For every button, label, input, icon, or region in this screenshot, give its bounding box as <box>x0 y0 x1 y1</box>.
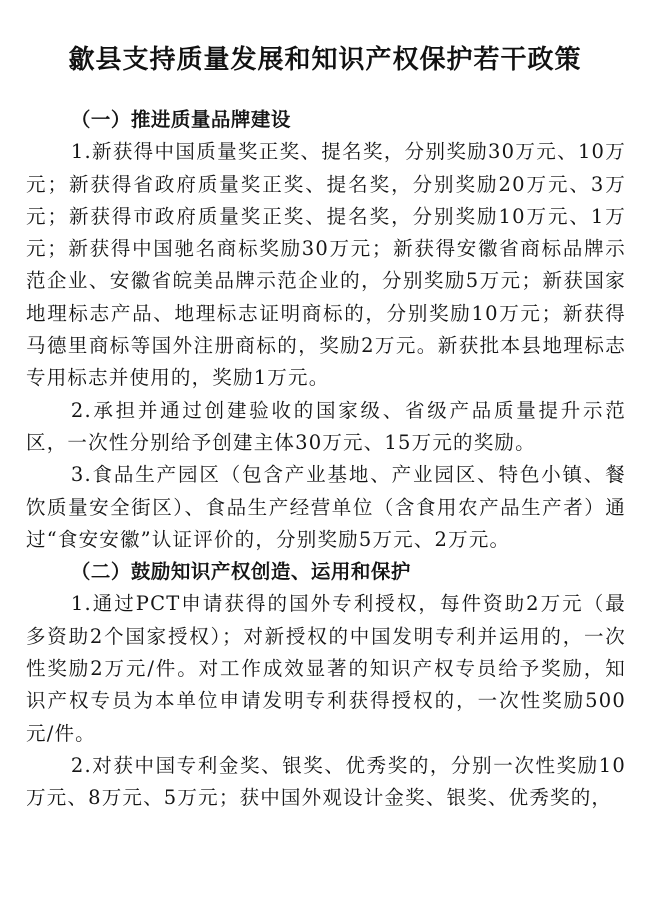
paragraph: 3.食品生产园区（包含产业基地、产业园区、特色小镇、餐饮质量安全街区）、食品生产… <box>26 459 626 556</box>
document-title: 歙县支持质量发展和知识产权保护若干政策 <box>0 39 650 76</box>
paragraph: 2.承担并通过创建验收的国家级、省级产品质量提升示范区，一次性分别给予创建主体3… <box>26 395 626 460</box>
section-intellectual-property: （二）鼓励知识产权创造、运用和保护 1.通过PCT申请获得的国外专利授权，每件资… <box>26 556 626 814</box>
document-body: （一）推进质量品牌建设 1.新获得中国质量奖正奖、提名奖，分别奖励30万元、10… <box>26 104 626 815</box>
section-heading: （一）推进质量品牌建设 <box>26 104 626 136</box>
paragraph: 2.对获中国专利金奖、银奖、优秀奖的，分别一次性奖励10万元、8万元、5万元；获… <box>26 750 626 815</box>
section-heading: （二）鼓励知识产权创造、运用和保护 <box>26 556 626 588</box>
section-quality-brand: （一）推进质量品牌建设 1.新获得中国质量奖正奖、提名奖，分别奖励30万元、10… <box>26 104 626 556</box>
paragraph: 1.新获得中国质量奖正奖、提名奖，分别奖励30万元、10万元；新获得省政府质量奖… <box>26 136 626 394</box>
paragraph: 1.通过PCT申请获得的国外专利授权，每件资助2万元（最多资助2个国家授权）；对… <box>26 588 626 749</box>
